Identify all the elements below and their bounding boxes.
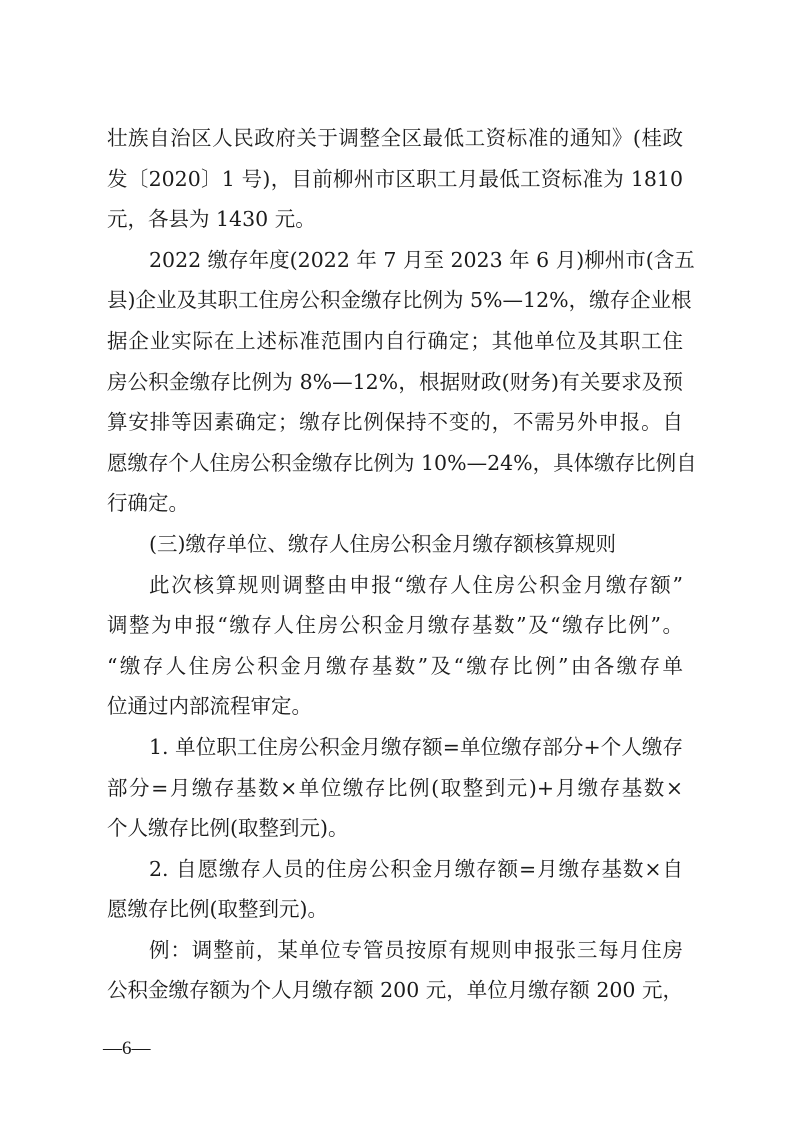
paragraph-start: 此次核算规则调整由申报“缴存人住房公积金月缴存额”: [107, 565, 683, 606]
text-line: 愿缴存个人住房公积金缴存比例为 10%—24%，具体缴存比例自: [107, 443, 683, 484]
list-item-1: 1. 单位职工住房公积金月缴存额=单位缴存部分+个人缴存: [107, 727, 683, 768]
text-line: 发〔2020〕1 号)，目前柳州市区职工月最低工资标准为 1810: [107, 159, 683, 200]
text-line: 行确定。: [107, 483, 683, 524]
text-line: 公积金缴存额为个人月缴存额 200 元，单位月缴存额 200 元，: [107, 970, 683, 1011]
page-number: —6—: [103, 1038, 151, 1060]
text-line: 元，各县为 1430 元。: [107, 199, 683, 240]
list-item-2: 2. 自愿缴存人员的住房公积金月缴存额=月缴存基数×自: [107, 849, 683, 890]
text-line: 个人缴存比例(取整到元)。: [107, 808, 683, 849]
section-heading: (三)缴存单位、缴存人住房公积金月缴存额核算规则: [107, 524, 683, 565]
text-line: 愿缴存比例(取整到元)。: [107, 889, 683, 930]
text-line: 调整为申报“缴存人住房公积金月缴存基数”及“缴存比例”。: [107, 605, 683, 646]
document-body: 壮族自治区人民政府关于调整全区最低工资标准的通知》(桂政 发〔2020〕1 号)…: [107, 118, 683, 1011]
text-line: 据企业实际在上述标准范围内自行确定；其他单位及其职工住: [107, 321, 683, 362]
paragraph-start: 2022 缴存年度(2022 年 7 月至 2023 年 6 月)柳州市(含五: [107, 240, 683, 281]
text-line: 房公积金缴存比例为 8%—12%，根据财政(财务)有关要求及预: [107, 362, 683, 403]
example-paragraph: 例：调整前，某单位专管员按原有规则申报张三每月住房: [107, 930, 683, 971]
text-line: 部分=月缴存基数×单位缴存比例(取整到元)+月缴存基数×: [107, 768, 683, 809]
text-line: “缴存人住房公积金月缴存基数”及“缴存比例”由各缴存单: [107, 646, 683, 687]
text-line: 算安排等因素确定；缴存比例保持不变的，不需另外申报。自: [107, 402, 683, 443]
text-line: 位通过内部流程审定。: [107, 686, 683, 727]
text-line: 壮族自治区人民政府关于调整全区最低工资标准的通知》(桂政: [107, 118, 683, 159]
text-line: 县)企业及其职工住房公积金缴存比例为 5%—12%，缴存企业根: [107, 280, 683, 321]
